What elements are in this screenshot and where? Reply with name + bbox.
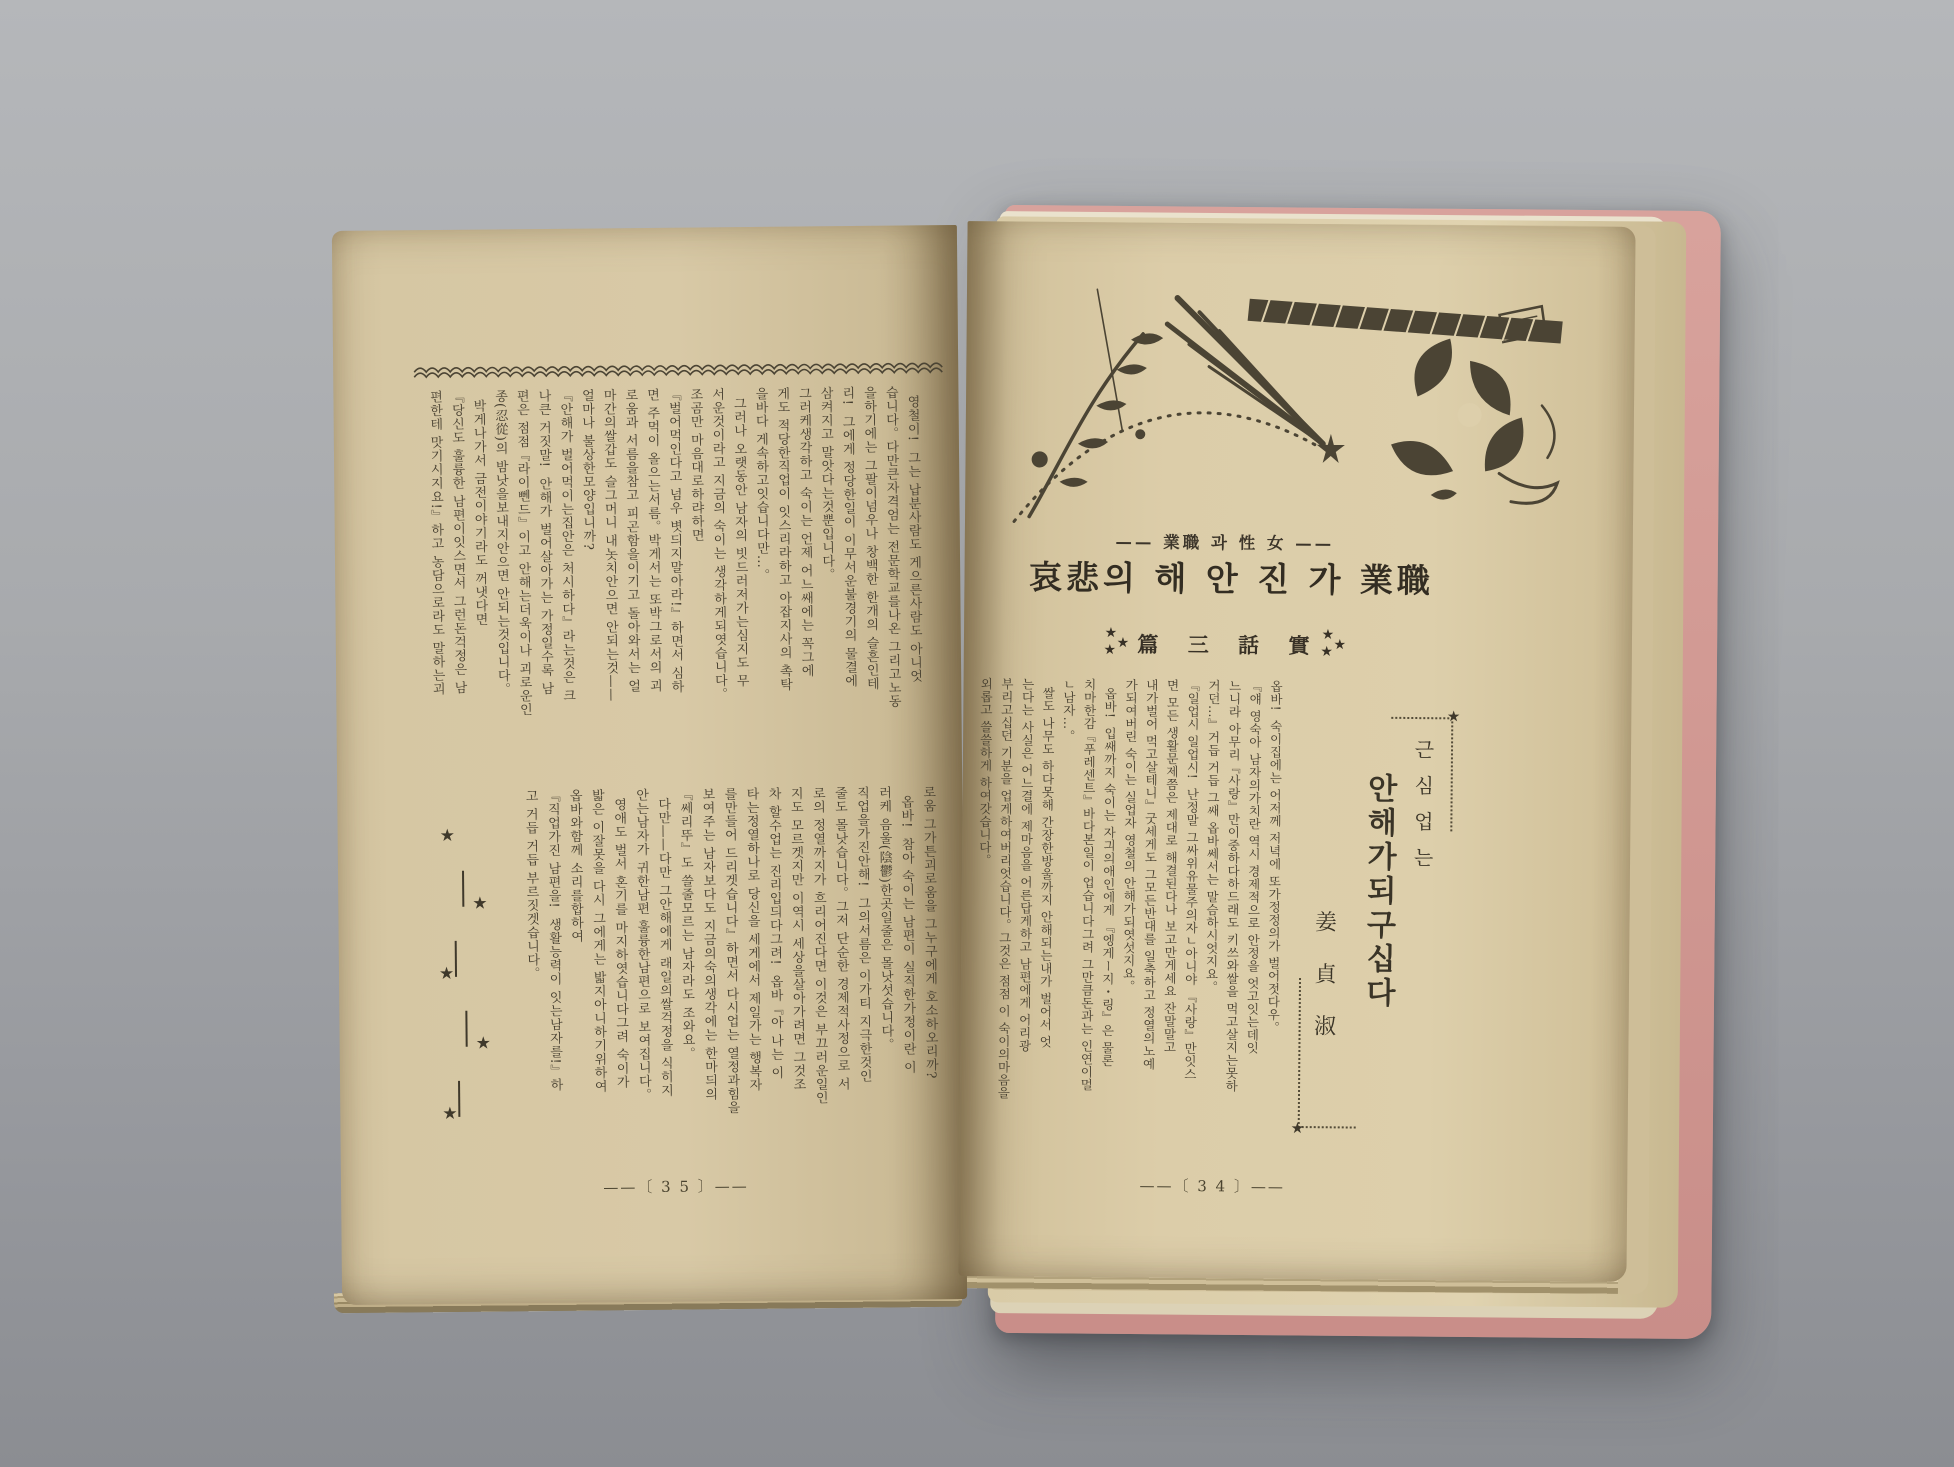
text-column: 을하기에는 그팔이넘우나 창백한 한개의 슬흔인테 <box>857 386 883 784</box>
photo-background: 영철이! 그는 납분사람도 게으른사람도 아니엇습니다。다만큰자격엄는 전문학교… <box>0 0 1954 1467</box>
text-column: 로의 정열까지가 흐리어진다면 이것은 부끄러운일인 <box>806 786 832 1190</box>
text-column: 옵바와함께 소리를합하여 <box>563 789 589 1193</box>
star-icon: ★ <box>1321 644 1332 658</box>
star-icon: ★ <box>1106 625 1117 639</box>
headline-dotted-rule-bottom: ★ <box>1298 978 1357 1129</box>
text-column: 나큰 거짓말! 안해가 벌어살아가는 가정일수록 남 <box>532 389 558 787</box>
star-icon: ★ <box>1291 1119 1305 1137</box>
text-column: 안는남자가 귀한남편 훌륭한남편으로 보여집니다。 <box>629 788 655 1192</box>
series-label: —— 業職 과 性 女 —— <box>1105 528 1345 554</box>
text-column: 지도 모르겟지만 이역시 세상을살아가려면 그것조 <box>784 787 810 1191</box>
headline: 안해가되구십다 <box>1354 773 1400 1043</box>
text-column: 줄도 몰낫습니다。그저 단순한 경제적사정으로 서 <box>828 786 854 1190</box>
text-column: 삼켜지고 말앗다는것뿐입니다。 <box>814 386 840 784</box>
text-column: 서운것이라고 지금의 숙이는 생각하게되엿습니다。 <box>705 387 731 785</box>
subtitle-star-cluster-left: ★★★ <box>1103 633 1137 659</box>
text-column: 타는정열하나로 당신을 세게에서 제일가는 행복자 <box>739 787 765 1191</box>
star-icon: ★ <box>1334 637 1345 651</box>
text-column: 『당신도 훌륭한 남편이잇스면서 그런돈걱정은 남 <box>445 390 471 788</box>
headline-kicker: 근심업는 <box>1408 739 1439 919</box>
text-column: 게도 적당한직업이 잇스리라하고 아잡지사의 촉탁 <box>770 387 796 785</box>
star-icon: ★ <box>1117 635 1128 649</box>
text-column: 차 할수업는 진리입듸다그려! 옵바『아 나는 이 <box>761 787 787 1191</box>
text-column: 고 거듭 거듭 부르짓겟습니다。 <box>518 789 544 1193</box>
text-column: 로움과 서름을참고 피곤함을이기고 돌아와서는 얼 <box>619 388 645 786</box>
text-column: 조곰만 마음대로하랴하면 <box>684 387 710 785</box>
right-page: —— 業職 과 性 女 —— 哀悲의 해 안 진 가 業職 ★★★篇 三 話 實… <box>958 221 1635 1282</box>
text-column: ★ <box>476 1036 491 1053</box>
text-column: 밟은 이잘못을 다시 그에게는 밟지아니하기위하여 <box>585 788 611 1192</box>
text-column: 내가벌어 먹고살테니』굿세게도 그모든반대를 일축하고 정열의노예 <box>1136 679 1161 1173</box>
left-page-lower-text-block: 로움 그가튼괴로움을 그누구에게 호소하오리까? 옵바! 참아 숙이는 남편이 … <box>490 785 942 1193</box>
text-column: 영애도 벌서 혼기를 마지하엿습니다그려 숙이가 <box>607 788 633 1192</box>
text-column: 옵바! 참아 숙이는 남편이 실직한가정이란 이 <box>894 785 920 1189</box>
star-icon: ★ <box>1322 627 1333 641</box>
text-column: 『안해가 벌어먹이는집안은 처시하다』라는것은 크 <box>553 389 579 787</box>
text-column: 편은 점점『라이뻰드』이고 안해는더욱이나 괴로운인 <box>510 389 536 787</box>
text-column: ★ <box>472 896 487 913</box>
text-column: ★ <box>440 828 455 845</box>
text-column: 옵바! 숙이집에는 어저께 저녁에 또가정정의가 벌어젓다우。 <box>1261 680 1286 1174</box>
text-column: 는다는 사실은 어느결에 제마음을 어른답게하고 남편에게 어리광 <box>1012 678 1037 1172</box>
text-column: 면 모든 생활문제쯤은 제대로 해결된다나 보고만게세요 잔말말고 <box>1157 679 1182 1173</box>
text-column: │ <box>458 1064 461 1117</box>
article-subtitle-row: ★★★篇 三 話 實★★★ <box>1074 628 1384 661</box>
text-column: 『벌어먹인다고 넘우 볏듸지말아라!』하면서 심하 <box>662 388 688 786</box>
star-divider: ★│★│★│★│★ <box>434 827 497 1128</box>
text-column: 그러나 오랫동안 남자의 빗드러저가는심지도 무 <box>727 387 753 785</box>
text-column: 부리고십던 기분을 업게하여버리엇습니다。그것은 점점 이 숙이의마음을 <box>991 677 1016 1171</box>
article-subtitle: 篇 三 話 實 <box>1137 632 1320 659</box>
text-column: ㄴ남자…。 <box>1054 678 1079 1172</box>
header-illustration-icon <box>999 279 1573 532</box>
wavy-rule-icon <box>413 359 943 382</box>
left-page-upper-text-block: 영철이! 그는 납분사람도 게으른사람도 아니엇습니다。다만큰자격엄는 전문학교… <box>406 385 926 788</box>
text-column: 박게나가서 금전이야기라도 꺼냇다면 <box>467 390 493 788</box>
text-column: ★ <box>442 1106 457 1123</box>
text-column: 『일업시 일업시! 난정말 그싸위유물주의자ㄴ아니야 『사랑』만잇스 <box>1178 679 1203 1173</box>
text-column: 그러케생각하고 숙이는 언제 어느쌔에는 꼭그에 <box>792 386 818 784</box>
right-page-number: ——〔 3 4 〕—— <box>1107 1174 1317 1197</box>
text-column: 로움 그가튼괴로움을 그누구에게 호소하오리까? <box>916 785 942 1189</box>
text-column: │ <box>455 924 458 977</box>
text-column: 영철이! 그는 납분사람도 게으른사람도 아니엇 <box>901 385 927 783</box>
subtitle-star-cluster-right: ★★★ <box>1320 635 1354 661</box>
star-icon: ★ <box>1447 707 1461 725</box>
text-column: 『얘 영숙아 남자의가치란 역시 경제적으로 안정을 엇고잇는데잇 <box>1240 680 1265 1174</box>
text-column: 『쎄리뚜』도 쓸줄모르는 남자라도 조와요。 <box>673 788 699 1192</box>
text-column: 종(忍從)의 밤낫을보내지안으면 안되는것입니다。 <box>488 389 514 787</box>
text-column: 옵바! 입쌔까지 숙이는 자긔의애인에게 『엥게ー지・링』은 물론 <box>1095 678 1120 1172</box>
left-page: 영철이! 그는 납분사람도 게으른사람도 아니엇습니다。다만큰자격엄는 전문학교… <box>332 225 967 1305</box>
article-title: 哀悲의 해 안 진 가 業職 <box>1026 552 1436 603</box>
text-column: 리! 그에게 정당한일이 이무서운불경기의 물결에 <box>836 386 862 784</box>
star-icon: ★ <box>1104 642 1115 656</box>
text-column: 거던…』거듭 거듭 그쌔 옵바쎄서는 말슴하시엇지요。 <box>1199 679 1224 1173</box>
text-column: │ <box>462 854 465 907</box>
text-column: 편한테 맛기시지요!』하고 농담으로라도 말하는괴 <box>423 390 449 788</box>
right-page-text-block: 옵바! 숙이집에는 어저께 저녁에 또가정정의가 벌어젓다우。『얘 영숙아 남자… <box>967 677 1285 1174</box>
text-column: 러케 음울(陰鬱)한곳일줄은 몰낫섯습니다。 <box>872 786 898 1190</box>
text-column: 를만들어 드리겟습니다』하면서 다시업는 열정과힘을 <box>717 787 743 1191</box>
left-page-number: ——〔 3 5 〕—— <box>576 1175 776 1198</box>
text-column: 보여주는 남자보다도 지금의숙의생각에는 한마듸의 <box>695 787 721 1191</box>
text-column: 을바다 게속하고잇습니다만…。 <box>749 387 775 785</box>
text-column: 습니다。다만큰자격엄는 전문학교를나온 그리고노동 <box>879 386 905 784</box>
text-column: 직업을가진안해! 그의서름은 이가티 지극한것인 <box>850 786 876 1190</box>
text-column: 마간의쌀갑도 슬그머니 내놋치안으면 안되는것—— <box>597 388 623 786</box>
text-column: 느니라 아무리『사랑』만이중하다하드래도 키쓰와쌀을 먹고살지는못하 <box>1219 679 1244 1173</box>
text-column: 쌀도 나무도 하다못해 간장한방울까지 안해되는내가 벌어서 엇 <box>1033 678 1058 1172</box>
text-column: 면 주먹이 올으는서름。박게서는 또박그로서의 괴 <box>640 388 666 786</box>
text-column: 치마한감『푸레센트』바다본일이 업습니다그려 그만큼돈과는 인연이멀 <box>1074 678 1099 1172</box>
text-column: 가되여버린 숙이는 실업자 영철의 안해가되엿섯지요。 <box>1116 678 1141 1172</box>
text-column: ★ <box>439 966 454 983</box>
text-column: 다만——다만 그안해에게 래일의쌀걱정을 식히지 <box>651 788 677 1192</box>
text-column: 얼마나 불상한모양입니까? <box>575 388 601 786</box>
text-column: 『직업가진 남편을! 생활능력이 잇는남자를!』하 <box>541 789 567 1193</box>
text-column: │ <box>465 994 468 1047</box>
